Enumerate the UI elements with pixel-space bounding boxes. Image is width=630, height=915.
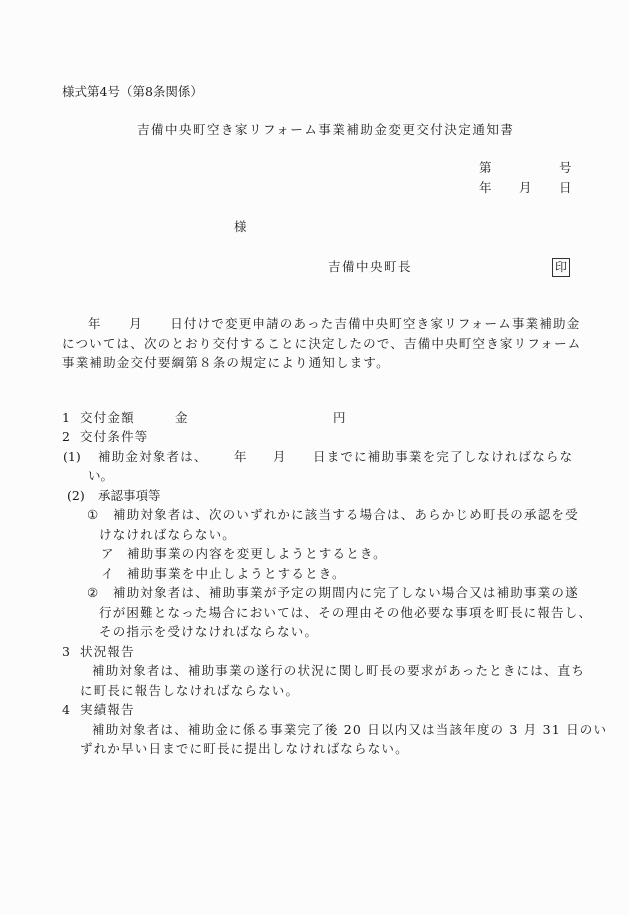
clause-number: (1): [63, 449, 81, 465]
body-line: 年 月 日付けで変更申請のあった吉備中央町空き家リフォーム事業補助金: [88, 316, 580, 332]
body-line: については、次のとおり交付することに決定したので、吉備中央町空き家リフォーム: [62, 336, 581, 352]
item-text: 補助対象者は、次のいずれかに該当する場合は、あらかじめ町長の承認を受: [113, 507, 579, 523]
clause-text: 日までに補助事業を完了しなければならな: [313, 449, 573, 465]
doc-number-suffix: 号: [559, 160, 572, 176]
sub-item-text: 補助事業を中止しようとするとき。: [127, 566, 346, 582]
date-day: 日: [559, 180, 572, 196]
section-heading: 状況報告: [80, 644, 135, 660]
item-text: 補助対象者は、補助事業が予定の期間内に完了しない場合又は補助事業の遂: [113, 585, 579, 601]
deadline-year: 年: [234, 449, 247, 465]
deadline-month: 月: [273, 449, 286, 465]
item-number: ②: [87, 585, 98, 601]
item-text: けなければならない。: [99, 527, 236, 543]
section-text: に町長に報告しなければならない。: [80, 683, 299, 699]
item-text: 行が困難となった場合においては、その理由その他必要な事項を町長に報告し、: [99, 605, 592, 621]
section-number: 4: [62, 702, 70, 718]
issuer-name: 吉備中央町長: [328, 259, 412, 275]
body-line: 事業補助金交付要綱第８条の規定により通知します。: [62, 355, 390, 371]
section-text: ずれか早い日までに町長に提出しなければならない。: [80, 741, 409, 757]
section-heading: 実績報告: [80, 702, 135, 718]
section-heading: 交付条件等: [80, 429, 149, 445]
clause-heading: 承認事項等: [98, 488, 161, 504]
section-number: 3: [62, 644, 70, 660]
clause-text: 補助金対象者は、: [98, 449, 208, 465]
document-title: 吉備中央町空き家リフォーム事業補助金変更交付決定通知書: [137, 122, 514, 138]
section-heading: 交付金額: [80, 410, 135, 426]
item-number: ①: [87, 507, 98, 523]
date-month: 月: [519, 180, 532, 196]
section-number: 1: [62, 410, 70, 426]
sub-item-text: 補助事業の内容を変更しようとするとき。: [127, 546, 387, 562]
section-text: 補助対象者は、補助事業の遂行の状況に関し町長の要求があったときには、直ち: [92, 663, 585, 679]
section-number: 2: [62, 429, 70, 445]
recipient-suffix: 様: [234, 219, 247, 235]
amount-yen-label: 円: [333, 410, 346, 426]
amount-kin-label: 金: [175, 410, 188, 426]
doc-number-prefix: 第: [479, 160, 492, 176]
seal-box: 印: [552, 258, 570, 277]
sub-item-label: ア: [101, 546, 114, 562]
sub-item-label: イ: [101, 566, 114, 582]
form-label: 様式第4号（第8条関係）: [62, 84, 203, 100]
date-year: 年: [479, 180, 492, 196]
clause-text: い。: [88, 468, 113, 484]
clause-number: (2): [67, 488, 85, 504]
item-text: その指示を受けなければならない。: [99, 624, 318, 640]
section-text: 補助対象者は、補助金に係る事業完了後 20 日以内又は当該年度の 3 月 31 …: [92, 722, 607, 738]
